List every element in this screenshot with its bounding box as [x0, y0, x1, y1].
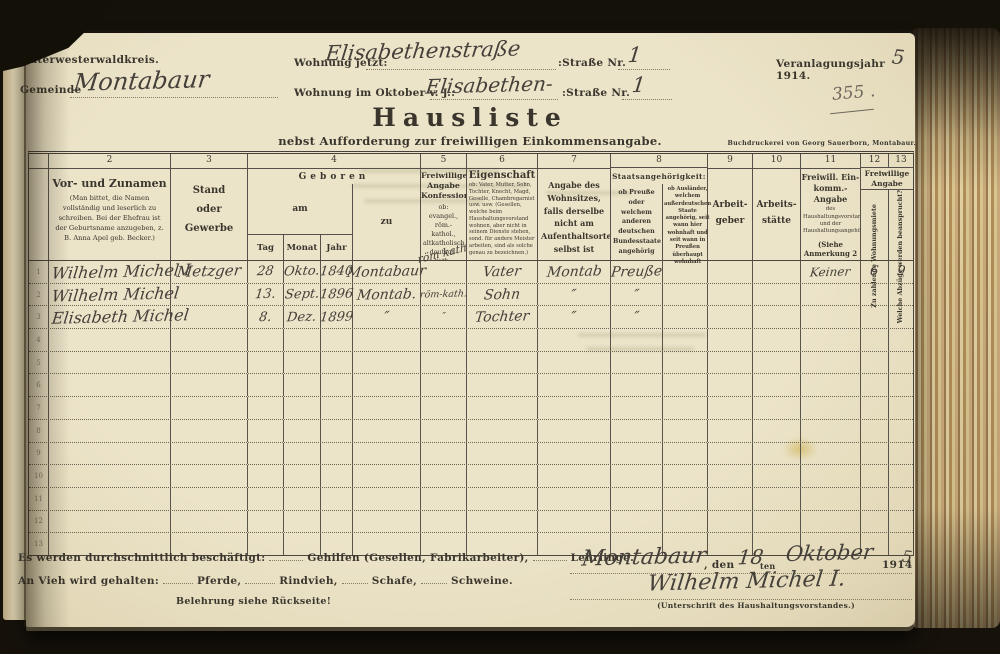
- handwritten-entry: 1899: [319, 310, 354, 324]
- blank-field: [421, 574, 447, 584]
- col-number: 13: [889, 154, 913, 167]
- cell-name: [49, 420, 171, 442]
- header-col-wohnsitz: 7 Angabe des Wohnsitzes, falls derselbe …: [538, 154, 611, 260]
- cell-ag: [708, 488, 753, 510]
- cell-wohn: [538, 352, 611, 374]
- cell-name: Wilhelm Michel: [49, 284, 171, 306]
- einkommen-bold-note: (Siehe Anmerkung 2 Rückseite): [801, 236, 860, 260]
- cell-jahr: [321, 488, 353, 510]
- table-row: 3Elisabeth Michel8.Dez.1899″″Tochter″″: [29, 306, 913, 329]
- cell-as: [753, 352, 801, 374]
- cell-st_a: [611, 465, 663, 487]
- table-row: 2Wilhelm Michel13.Sept.1896Montab.röm-ka…: [29, 284, 913, 307]
- cell-jahr: [321, 511, 353, 533]
- cell-st_b: [663, 443, 708, 465]
- cell-eig: [467, 397, 538, 419]
- row-number: 1: [36, 268, 40, 276]
- livestock-schafe: Schafe,: [372, 575, 417, 587]
- veranlagungsjahr-overwrite-handwritten: 5: [891, 46, 906, 67]
- cell-konf: [421, 261, 467, 283]
- table-body: 1Wilhelm Michel IMetzger28Okto.1840Monta…: [29, 261, 913, 555]
- cell-st_b: [663, 488, 708, 510]
- cell-ag: [708, 284, 753, 306]
- cell-zu: [353, 397, 421, 419]
- cell-ag: [708, 420, 753, 442]
- cell-tag: [248, 397, 284, 419]
- cell-miete: [861, 443, 889, 465]
- table-row: 5: [29, 352, 913, 375]
- cell-as: [753, 420, 801, 442]
- cell-jahr: [321, 420, 353, 442]
- veranlagungsjahr-period: .: [806, 70, 810, 82]
- table-row: 6: [29, 374, 913, 397]
- cell-abz: 9: [889, 261, 913, 283]
- jahr-label: Jahr: [321, 235, 352, 260]
- wohnung-okt-line: [430, 99, 558, 100]
- tag-label: Tag: [248, 235, 284, 260]
- cell-stand: [171, 511, 248, 533]
- handwritten-entry: ″: [441, 312, 446, 322]
- table-row: 9: [29, 443, 913, 466]
- veranlagungsjahr-label: Veranlagungsjahr 191: [776, 58, 885, 82]
- row-number: 11: [34, 495, 43, 503]
- cell-zu: [353, 329, 421, 351]
- header-col-geboren: 4 Geboren am Tag Monat Jahr zu: [248, 154, 421, 260]
- cell-stand: [171, 284, 248, 306]
- table-row: 11: [29, 488, 913, 511]
- cell-konf: [421, 374, 467, 396]
- cell-wohn: [538, 443, 611, 465]
- cell-stand: [171, 465, 248, 487]
- cell-eink: [801, 465, 861, 487]
- cell-wohn: [538, 420, 611, 442]
- cell-zu: [353, 488, 421, 510]
- cell-tag: [248, 511, 284, 533]
- cell-wohn: [538, 329, 611, 351]
- staat-preusse-note: ob Preuße oder welchem anderen deutschen…: [611, 184, 663, 268]
- handwritten-entry: Montab: [546, 264, 603, 279]
- livestock-pre: An Vieh wird gehalten:: [18, 575, 159, 587]
- staat-title: Staatsangehörigkeit:: [611, 168, 707, 184]
- cell-n: 9: [29, 443, 49, 465]
- cell-n: 6: [29, 374, 49, 396]
- cell-abz: [889, 306, 913, 328]
- cell-mon: [284, 465, 321, 487]
- cell-as: [753, 488, 801, 510]
- col-number: 5: [421, 154, 466, 169]
- cell-stand: [171, 329, 248, 351]
- cell-abz: [889, 374, 913, 396]
- cell-as: [753, 511, 801, 533]
- handwritten-entry: Sept.: [284, 288, 320, 302]
- cell-miete: [861, 306, 889, 328]
- cell-n: 4: [29, 329, 49, 351]
- cell-eig: [467, 420, 538, 442]
- hausnummer-oktober: 1: [631, 75, 647, 96]
- cell-tag: [248, 420, 284, 442]
- belehrung-note: Belehrung siehe Rückseite!: [176, 596, 331, 607]
- col-number: 3: [171, 154, 247, 169]
- cell-wohn: [538, 488, 611, 510]
- cell-st_b: [663, 397, 708, 419]
- cell-eig: Vater: [467, 261, 538, 283]
- col-number: 6: [467, 154, 537, 169]
- cell-n: 11: [29, 488, 49, 510]
- cell-ag: [708, 329, 753, 351]
- cell-miete: [861, 488, 889, 510]
- cell-ag: [708, 443, 753, 465]
- row-number: 7: [36, 404, 40, 412]
- signature-name-handwritten: Wilhelm Michel I.: [646, 568, 846, 595]
- nr-line-2: [622, 99, 672, 100]
- handwritten-entry: 6: [870, 265, 880, 278]
- eigenschaft-note: ob: Vater, Mutter, Sohn, Tochter, Knecht…: [467, 181, 537, 256]
- cell-mon: [284, 329, 321, 351]
- cell-name: [49, 352, 171, 374]
- cell-st_a: ″: [611, 284, 663, 306]
- header-col-stand: 3 Stand oder Gewerbe: [171, 154, 248, 260]
- book-page: Unterwesterwaldkreis. Gemeinde Montabaur…: [26, 33, 915, 627]
- table-row: 12: [29, 511, 913, 534]
- cell-n: 5: [29, 352, 49, 374]
- handwritten-entry: Tochter: [474, 310, 530, 325]
- cell-st_a: Preuße: [611, 261, 663, 283]
- cell-abz: [889, 397, 913, 419]
- cell-st_a: [611, 352, 663, 374]
- cell-as: [753, 261, 801, 283]
- cell-eink: [801, 374, 861, 396]
- cell-st_b: [663, 511, 708, 533]
- cell-as: [753, 465, 801, 487]
- col-number: 12: [861, 154, 889, 167]
- cell-konf: ″: [421, 306, 467, 328]
- cell-ag: [708, 465, 753, 487]
- cell-eink: [801, 306, 861, 328]
- handwritten-entry: Dez.: [287, 310, 318, 324]
- table-row: 8: [29, 420, 913, 443]
- cell-eink: [801, 397, 861, 419]
- cell-as: [753, 443, 801, 465]
- col-number: 2: [49, 154, 170, 169]
- cell-mon: Sept.: [284, 284, 321, 306]
- table-row: 4: [29, 329, 913, 352]
- cell-miete: [861, 284, 889, 306]
- cell-eink: [801, 488, 861, 510]
- geboren-am-label: am: [248, 184, 352, 234]
- header-col-arbeitgeber: 9 Arbeit-geber: [708, 154, 753, 260]
- livestock-line: An Vieh wird gehalten: Pferde, Rindvieh,…: [18, 574, 513, 587]
- cell-as: [753, 284, 801, 306]
- cell-stand: [171, 420, 248, 442]
- page-stack-edge: [913, 28, 1000, 628]
- cell-st_b: [663, 329, 708, 351]
- cell-jahr: 1896: [321, 284, 353, 306]
- cell-tag: [248, 352, 284, 374]
- cell-mon: Okto.: [284, 261, 321, 283]
- row-number: 2: [36, 291, 40, 299]
- signature-month-handwritten: Oktober: [785, 542, 875, 565]
- cell-st_b: [663, 284, 708, 306]
- staat-auslaender-note: ob Ausländer, welchem außerdeutschen Sta…: [663, 184, 712, 268]
- cell-miete: [861, 420, 889, 442]
- cell-miete: [861, 511, 889, 533]
- row-number: 8: [36, 427, 40, 435]
- arbeitgeber-label-2: geber: [716, 216, 745, 226]
- cell-tag: 28: [248, 261, 284, 283]
- cell-wohn: Montab: [538, 261, 611, 283]
- signature-line: [570, 599, 912, 600]
- cell-ag: [708, 352, 753, 374]
- handwritten-entry: Vater: [482, 264, 522, 279]
- cell-eink: [801, 284, 861, 306]
- table-row: 10: [29, 465, 913, 488]
- cell-jahr: [321, 374, 353, 396]
- cell-st_b: [663, 420, 708, 442]
- cell-abz: [889, 443, 913, 465]
- strasse-nr-label: :Straße Nr.: [558, 57, 626, 69]
- cell-st_a: [611, 420, 663, 442]
- cell-wohn: [538, 397, 611, 419]
- table-row: 7: [29, 397, 913, 420]
- header-col-staatsangehoerigkeit: 8 Staatsangehörigkeit: ob Preuße oder we…: [611, 154, 708, 260]
- cell-n: 7: [29, 397, 49, 419]
- cell-miete: [861, 374, 889, 396]
- handwritten-entry: ″: [633, 287, 640, 301]
- cell-st_b: [663, 465, 708, 487]
- blank-field: [533, 551, 567, 561]
- handwritten-entry: 28: [256, 265, 274, 278]
- cell-eig: [467, 488, 538, 510]
- cell-mon: [284, 420, 321, 442]
- handwritten-entry: ″: [633, 310, 640, 324]
- cell-zu: Montabaur: [353, 261, 421, 283]
- col-number: 10: [753, 154, 800, 169]
- gemeinde-line: [70, 97, 278, 98]
- cell-n: 3: [29, 306, 49, 328]
- hausliste-table: 2 Vor- und Zunamen (Man bittet, die Name…: [28, 151, 914, 556]
- arbeitgeber-label-1: Arbeit-: [712, 200, 747, 210]
- cell-zu: [353, 352, 421, 374]
- cell-mon: [284, 511, 321, 533]
- cell-jahr: [321, 397, 353, 419]
- table-row: 1Wilhelm Michel IMetzger28Okto.1840Monta…: [29, 261, 913, 284]
- cell-eig: [467, 374, 538, 396]
- cell-mon: [284, 374, 321, 396]
- wohnung-jetzt-handwritten: Elisabethenstraße: [324, 38, 521, 64]
- col-number: 4: [248, 154, 420, 169]
- cell-mon: [284, 443, 321, 465]
- cell-mon: [284, 488, 321, 510]
- cell-name: [49, 488, 171, 510]
- handwritten-entry: Montabaur: [346, 264, 427, 280]
- cell-wohn: [538, 511, 611, 533]
- cell-eig: [467, 465, 538, 487]
- blank-field: [269, 551, 303, 561]
- cell-zu: [353, 511, 421, 533]
- handwritten-entry: ″: [571, 310, 578, 324]
- cell-as: [753, 374, 801, 396]
- header-col-freiwillige-angabe: 12 13 Freiwillige Angabe Zu zahlende Woh…: [861, 154, 913, 260]
- cell-n: 10: [29, 465, 49, 487]
- cell-name: Elisabeth Michel: [49, 306, 171, 328]
- blank-field: [245, 574, 275, 584]
- nr-line-1: [618, 69, 670, 70]
- cell-konf: [421, 397, 467, 419]
- cell-n: 2: [29, 284, 49, 306]
- cell-eink: [801, 329, 861, 351]
- employed-pre: Es werden durchschnittlich beschäftigt:: [18, 552, 265, 564]
- cell-abz: [889, 511, 913, 533]
- names-title: Vor- und Zunamen: [49, 177, 170, 190]
- cell-tag: [248, 443, 284, 465]
- row-number: 6: [36, 381, 40, 389]
- cell-n: 1: [29, 261, 49, 283]
- handwritten-entry: Metzger: [176, 264, 242, 281]
- cell-st_a: [611, 397, 663, 419]
- livestock-pferde: Pferde,: [197, 575, 241, 587]
- wohnsitz-title: Angabe des Wohnsitzes, falls derselbe ni…: [538, 169, 610, 260]
- year-overwrite-handwritten: 5: [901, 549, 913, 566]
- cell-jahr: [321, 465, 353, 487]
- row-number: 13: [34, 540, 43, 548]
- cell-tag: 8.: [248, 306, 284, 328]
- photo-background: Unterwesterwaldkreis. Gemeinde Montabaur…: [0, 0, 1000, 654]
- cell-stand: [171, 443, 248, 465]
- freiwillige-angabe-group: Freiwillige Angabe: [861, 168, 913, 190]
- col-number: 7: [538, 154, 610, 169]
- folio-number-pencil: 355 .: [831, 81, 876, 105]
- cell-eig: Tochter: [467, 306, 538, 328]
- geboren-zu-label: zu: [353, 184, 420, 260]
- printer-imprint: Buchdruckerei von Georg Sauerborn, Monta…: [726, 140, 916, 147]
- cell-name: [49, 329, 171, 351]
- cell-wohn: ″: [538, 306, 611, 328]
- cell-eig: [467, 443, 538, 465]
- header-col-einkommensangabe: 11 Freiwill. Ein-komm.-Angabe des Hausha…: [801, 154, 861, 260]
- cell-wohn: [538, 374, 611, 396]
- handwritten-entry: ″: [383, 310, 390, 324]
- cell-mon: [284, 352, 321, 374]
- cell-mon: [284, 397, 321, 419]
- arbeitsstaette-label-2: stätte: [762, 216, 791, 226]
- header-col-names: 2 Vor- und Zunamen (Man bittet, die Name…: [49, 154, 171, 260]
- blank-field: [342, 574, 368, 584]
- cell-konf: [421, 329, 467, 351]
- cell-eig: [467, 511, 538, 533]
- stand-title: Stand oder Gewerbe: [171, 169, 247, 260]
- cell-mon: Dez.: [284, 306, 321, 328]
- cell-st_b: [663, 374, 708, 396]
- cell-st_b: [663, 352, 708, 374]
- cell-tag: [248, 465, 284, 487]
- handwritten-entry: Wilhelm Michel: [51, 285, 180, 304]
- cell-eink: [801, 511, 861, 533]
- cell-miete: [861, 397, 889, 419]
- cell-tag: 13.: [248, 284, 284, 306]
- names-note: (Man bittet, die Namen vollständig und l…: [49, 190, 170, 243]
- employed-line: Es werden durchschnittlich beschäftigt: …: [18, 551, 634, 564]
- cell-eink: Keiner: [801, 261, 861, 283]
- cell-eink: [801, 352, 861, 374]
- cell-ag: [708, 397, 753, 419]
- cell-abz: [889, 420, 913, 442]
- handwritten-entry: Montab.: [356, 287, 417, 303]
- col-number: 9: [708, 154, 752, 169]
- handwritten-entry: 1896: [319, 288, 354, 302]
- table-header: 2 Vor- und Zunamen (Man bittet, die Name…: [29, 154, 913, 261]
- cell-as: [753, 397, 801, 419]
- cell-jahr: [321, 443, 353, 465]
- cell-name: [49, 374, 171, 396]
- col-number: 8: [611, 154, 707, 168]
- cell-name: [49, 443, 171, 465]
- cell-abz: [889, 465, 913, 487]
- cell-zu: [353, 420, 421, 442]
- arbeitsstaette-label-1: Arbeits-: [756, 200, 796, 210]
- cell-zu: Montab.: [353, 284, 421, 306]
- cell-n: 8: [29, 420, 49, 442]
- cell-wohn: ″: [538, 284, 611, 306]
- cell-ag: [708, 261, 753, 283]
- livestock-schweine: Schweine.: [451, 575, 513, 587]
- cell-wohn: [538, 465, 611, 487]
- handwritten-entry: röm-kath.: [419, 289, 467, 300]
- einkommen-title: Freiwill. Ein-komm.-Angabe: [801, 169, 860, 204]
- cell-ag: [708, 374, 753, 396]
- eigenschaft-title: Eigenschaft: [467, 169, 537, 181]
- handwritten-entry: 8.: [259, 311, 273, 324]
- cell-stand: [171, 352, 248, 374]
- row-number: 12: [34, 517, 43, 525]
- handwritten-entry: ″: [571, 287, 578, 301]
- header-col-margin: [29, 154, 49, 260]
- cell-eig: [467, 329, 538, 351]
- cell-st_b: [663, 261, 708, 283]
- cell-eink: [801, 420, 861, 442]
- blank-field: [163, 574, 193, 584]
- cell-konf: [421, 465, 467, 487]
- cell-tag: [248, 374, 284, 396]
- cell-jahr: [321, 329, 353, 351]
- cell-zu: ″: [353, 306, 421, 328]
- row-number: 5: [36, 359, 40, 367]
- handwritten-entry: Sohn: [483, 287, 521, 302]
- cell-miete: [861, 352, 889, 374]
- cell-name: [49, 511, 171, 533]
- cell-abz: [889, 488, 913, 510]
- cell-eig: [467, 352, 538, 374]
- konfession-title: Freiwillige Angabe Konfession: [421, 169, 466, 201]
- cell-stand: [171, 374, 248, 396]
- cell-n: 12: [29, 511, 49, 533]
- signature-place-handwritten: Montabaur: [581, 545, 708, 570]
- hausnummer-jetzt: 1: [627, 45, 643, 66]
- cell-st_b: [663, 306, 708, 328]
- cell-eig: Sohn: [467, 284, 538, 306]
- cell-miete: [861, 329, 889, 351]
- form-subtitle: nebst Aufforderung zur freiwilligen Eink…: [270, 134, 670, 148]
- handwritten-entry: Keiner: [810, 265, 852, 278]
- row-number: 3: [36, 313, 40, 321]
- cell-ag: [708, 511, 753, 533]
- form-title: Hausliste: [300, 103, 640, 132]
- cell-st_a: [611, 374, 663, 396]
- cell-stand: [171, 397, 248, 419]
- cell-name: [49, 465, 171, 487]
- gemeinde-value-handwritten: Montabaur: [72, 67, 210, 95]
- strasse-nr-label-2: :Straße Nr.: [562, 87, 630, 99]
- cell-ag: [708, 306, 753, 328]
